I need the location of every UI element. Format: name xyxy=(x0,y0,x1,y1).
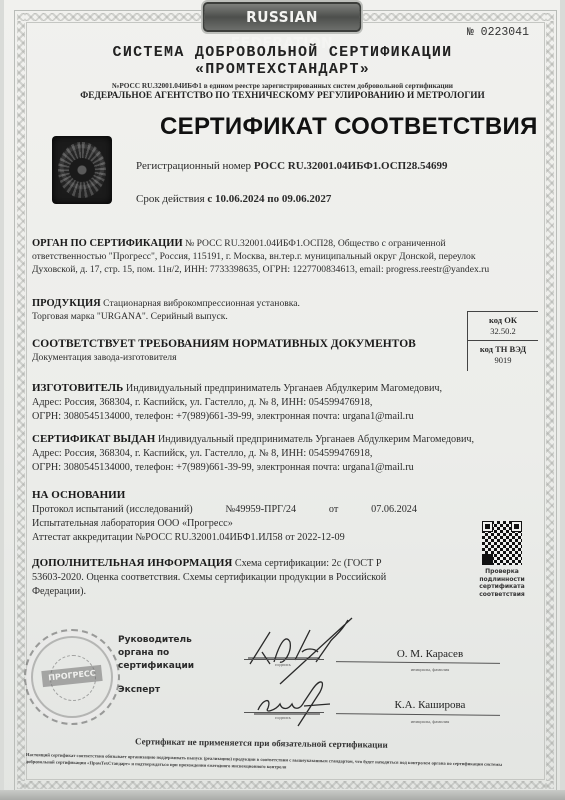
expert-signature-caption: подпись xyxy=(268,715,298,720)
protocol-label: Протокол испытаний (исследований) xyxy=(32,503,193,517)
expert-signature-icon xyxy=(250,670,350,730)
certificate-title: СЕРТИФИКАТ СООТВЕТСТВИЯ xyxy=(160,113,538,141)
laboratory: Испытательная лаборатория ООО «Прогресс» xyxy=(32,517,442,531)
tnved-code-value: 9019 xyxy=(468,355,538,366)
head-of-body-label: Руководитель органа по сертификации xyxy=(118,634,228,673)
additional-info-section: ДОПОЛНИТЕЛЬНАЯ ИНФОРМАЦИЯ Схема сертифик… xyxy=(32,556,392,599)
expert-name-caption: инициалы, фамилия xyxy=(400,719,460,724)
protocol-number: №49959-ПРГ/24 xyxy=(226,503,297,517)
agency-name: ФЕДЕРАЛЬНОЕ АГЕНТСТВО ПО ТЕХНИЧЕСКОМУ РЕ… xyxy=(0,91,565,101)
protocol-from: от xyxy=(329,503,338,517)
certification-body-heading: ОРГАН ПО СЕРТИФИКАЦИИ xyxy=(32,238,183,249)
serial-number: № 0223041 xyxy=(467,26,529,39)
head-signature-line xyxy=(244,659,324,660)
product-heading: ПРОДУКЦИЯ xyxy=(32,298,101,309)
head-signature-caption: подпись xyxy=(268,662,298,667)
issued-to-heading: СЕРТИФИКАТ ВЫДАН xyxy=(32,433,155,445)
validity-label: Срок действия xyxy=(136,193,205,205)
expert-label: Эксперт xyxy=(118,684,160,697)
issued-to-name: Индивидуальный предприниматель Урганаев … xyxy=(158,434,474,445)
manufacturer-address: Адрес: Россия, 368304, г. Каспийск, ул. … xyxy=(32,397,372,408)
system-registry-note: №РОСС RU.32001.04ИБФ1 в едином реестре з… xyxy=(0,81,565,90)
manufacturer-contacts: ОГРН: 3080545134000, телефон: +7(989)661… xyxy=(32,411,414,422)
hologram-seal-icon xyxy=(52,136,112,204)
conformity-section: СООТВЕТСТВУЕТ ТРЕБОВАНИЯМ НОРМАТИВНЫХ ДО… xyxy=(32,338,432,364)
head-name-caption: инициалы, фамилия xyxy=(400,667,460,672)
validity-period: Срок действия с 10.06.2024 по 09.06.2027 xyxy=(136,193,331,205)
issued-to-contacts: ОГРН: 3080545134000, телефон: +7(989)661… xyxy=(32,462,414,473)
product-line2: Торговая марка "URGANA". Серийный выпуск… xyxy=(32,311,228,322)
basis-heading: НА ОСНОВАНИИ xyxy=(32,489,125,501)
product-line1: Стационарная виброкомпрессионная установ… xyxy=(103,298,300,309)
conformity-heading: СООТВЕТСТВУЕТ ТРЕБОВАНИЯМ НОРМАТИВНЫХ ДО… xyxy=(32,338,416,350)
okpd-code-box: код ОК 32.50.2 xyxy=(467,311,538,342)
validity-value: с 10.06.2024 по 09.06.2027 xyxy=(207,193,331,205)
organization-stamp: ПРОГРЕСС xyxy=(24,629,120,725)
issued-to-address: Адрес: Россия, 368304, г. Каспийск, ул. … xyxy=(32,448,372,459)
manufacturer-heading: ИЗГОТОВИТЕЛЬ xyxy=(32,382,123,394)
certification-body-section: ОРГАН ПО СЕРТИФИКАЦИИ № РОСС RU.32001.04… xyxy=(32,237,502,276)
registration-number: Регистрационный номер РОСС RU.32001.04ИБ… xyxy=(136,160,447,172)
expert-name: К.А. Каширова xyxy=(380,699,480,711)
expert-signature-line xyxy=(244,712,324,713)
additional-info-heading: ДОПОЛНИТЕЛЬНАЯ ИНФОРМАЦИЯ xyxy=(32,557,232,569)
russian-federation-banner: RUSSIAN FEDERATION xyxy=(203,2,361,32)
head-name: О. М. Карасев xyxy=(380,648,480,660)
okpd-code-label: код ОК xyxy=(468,315,538,326)
protocol-date: 07.06.2024 xyxy=(371,503,417,517)
conformity-text: Документация завода-изготовителя xyxy=(32,352,176,363)
qr-code-icon[interactable] xyxy=(482,521,522,565)
bottom-edge xyxy=(0,790,565,800)
qr-caption: Проверка подлинности сертификата соответ… xyxy=(466,568,538,598)
okpd-code-value: 32.50.2 xyxy=(468,326,538,337)
basis-section: НА ОСНОВАНИИ Протокол испытаний (исследо… xyxy=(32,488,442,545)
registration-value: РОСС RU.32001.04ИБФ1.ОСП28.54699 xyxy=(254,160,448,172)
registration-label: Регистрационный номер xyxy=(136,160,251,172)
issued-to-section: СЕРТИФИКАТ ВЫДАН Индивидуальный предприн… xyxy=(32,432,522,475)
tnved-code-box: код ТН ВЭД 9019 xyxy=(467,340,538,371)
system-name: «ПРОМТЕХСТАНДАРТ» xyxy=(0,61,565,78)
manufacturer-name: Индивидуальный предприниматель Урганаев … xyxy=(126,383,442,394)
manufacturer-section: ИЗГОТОВИТЕЛЬ Индивидуальный предпринимат… xyxy=(32,381,522,424)
tnved-code-label: код ТН ВЭД xyxy=(468,344,538,355)
test-protocol-row: Протокол испытаний (исследований) №49959… xyxy=(32,503,417,517)
product-section: ПРОДУКЦИЯ Стационарная виброкомпрессионн… xyxy=(32,297,432,323)
system-title: СИСТЕМА ДОБРОВОЛЬНОЙ СЕРТИФИКАЦИИ xyxy=(0,44,565,61)
accreditation: Аттестат аккредитации №РОСС RU.32001.04И… xyxy=(32,531,442,545)
